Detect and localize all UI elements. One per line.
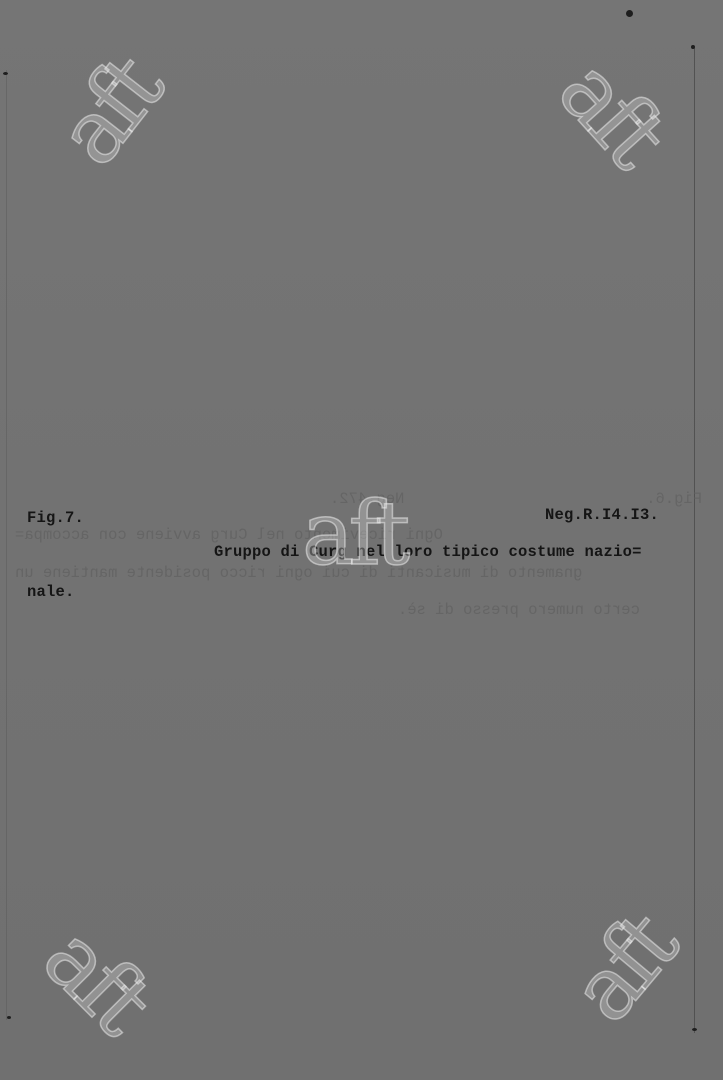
watermark-logo: aft	[43, 45, 175, 180]
watermark-logo: aft	[29, 912, 164, 1047]
right-margin-line	[694, 48, 695, 1033]
bleed-through-line: certo numero presso di sè.	[398, 601, 640, 619]
dust-speck	[626, 10, 633, 17]
dust-speck	[3, 72, 8, 75]
figure-label: Fig.7.	[27, 509, 84, 527]
dust-speck	[692, 1028, 697, 1031]
dust-speck	[7, 1016, 11, 1019]
watermark-logo: aft	[544, 45, 678, 180]
watermark-logo: aft	[557, 901, 690, 1036]
watermark-logo: aft	[302, 490, 404, 578]
bleed-through-line: gnamento di musicanti di cui ogni ricco …	[15, 564, 582, 582]
caption-line-1: Gruppo di Curg nel loro tipico costume n…	[214, 543, 642, 561]
scanned-page: Fig.6. Neg.472. Ogni ricevimento nel Cur…	[0, 0, 723, 1080]
bleed-through-line: Ogni ricevimento nel Curg avviene con ac…	[15, 526, 536, 544]
caption-line-2: nale.	[27, 583, 75, 601]
negative-reference: Neg.R.I4.I3.	[545, 506, 659, 524]
left-margin-line	[6, 70, 7, 1020]
dust-speck	[691, 45, 695, 49]
